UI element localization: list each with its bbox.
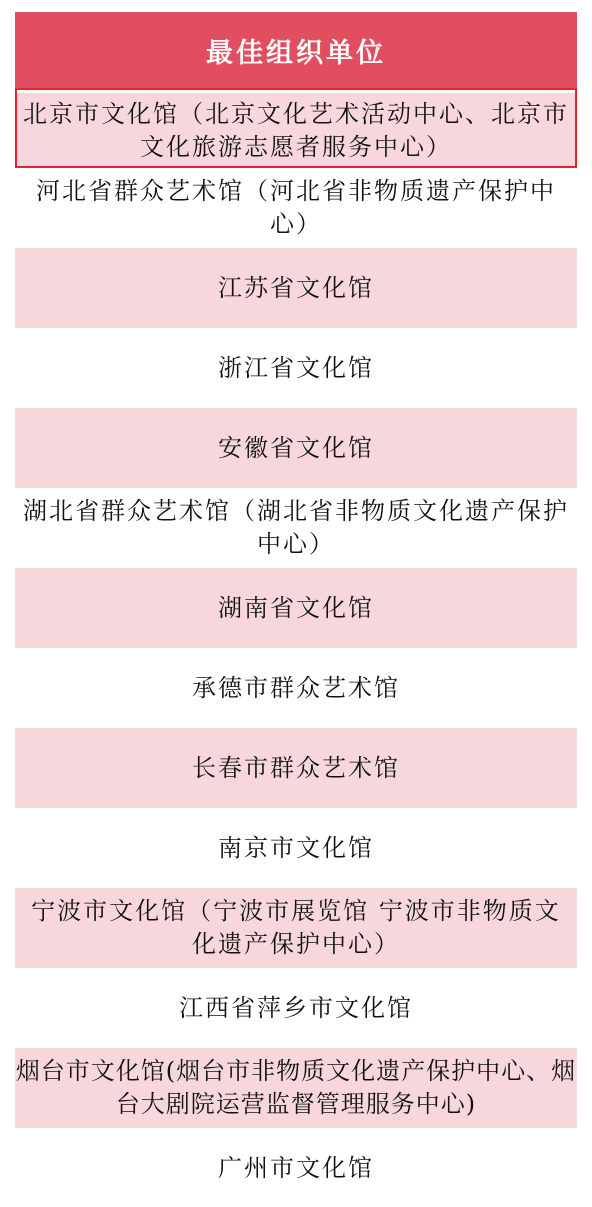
table-row: 烟台市文化馆(烟台市非物质文化遗产保护中心、烟台大剧院运营监督管理服务中心)	[15, 1048, 577, 1128]
row-text: 河北省群众艺术馆（河北省非物质遗产保护中心）	[19, 175, 573, 241]
row-text: 江苏省文化馆	[218, 272, 374, 305]
row-text: 湖北省群众艺术馆（湖北省非物质文化遗产保护中心）	[19, 495, 573, 561]
table-row: 宁波市文化馆（宁波市展览馆 宁波市非物质文化遗产保护中心）	[15, 888, 577, 968]
row-text: 北京市文化馆（北京文化艺术活动中心、北京市文化旅游志愿者服务中心）	[19, 98, 573, 164]
row-text: 南京市文化馆	[218, 832, 374, 865]
row-text: 浙江省文化馆	[218, 352, 374, 385]
table-row: 安徽省文化馆	[15, 408, 577, 488]
row-text: 承德市群众艺术馆	[192, 672, 400, 705]
row-text: 烟台市文化馆(烟台市非物质文化遗产保护中心、烟台大剧院运营监督管理服务中心)	[15, 1055, 577, 1121]
row-text: 安徽省文化馆	[218, 432, 374, 465]
table-row: 承德市群众艺术馆	[15, 648, 577, 728]
table-row: 湖北省群众艺术馆（湖北省非物质文化遗产保护中心）	[15, 488, 577, 568]
row-text: 江西省萍乡市文化馆	[179, 992, 413, 1025]
table-header: 最佳组织单位	[15, 12, 577, 88]
row-text: 长春市群众艺术馆	[192, 752, 400, 785]
header-title: 最佳组织单位	[206, 31, 386, 70]
row-text: 湖南省文化馆	[218, 592, 374, 625]
table-row: 江西省萍乡市文化馆	[15, 968, 577, 1048]
table-row: 浙江省文化馆	[15, 328, 577, 408]
table-row: 广州市文化馆	[15, 1128, 577, 1207]
table-row: 长春市群众艺术馆	[15, 728, 577, 808]
table-row: 湖南省文化馆	[15, 568, 577, 648]
row-text: 广州市文化馆	[218, 1152, 374, 1185]
table-row[interactable]: 北京市文化馆（北京文化艺术活动中心、北京市文化旅游志愿者服务中心）	[15, 88, 577, 168]
row-text: 宁波市文化馆（宁波市展览馆 宁波市非物质文化遗产保护中心）	[19, 895, 573, 961]
table-row: 南京市文化馆	[15, 808, 577, 888]
award-table: 最佳组织单位 北京市文化馆（北京文化艺术活动中心、北京市文化旅游志愿者服务中心）…	[15, 12, 577, 1207]
table-row: 江苏省文化馆	[15, 248, 577, 328]
table-row: 河北省群众艺术馆（河北省非物质遗产保护中心）	[15, 168, 577, 248]
